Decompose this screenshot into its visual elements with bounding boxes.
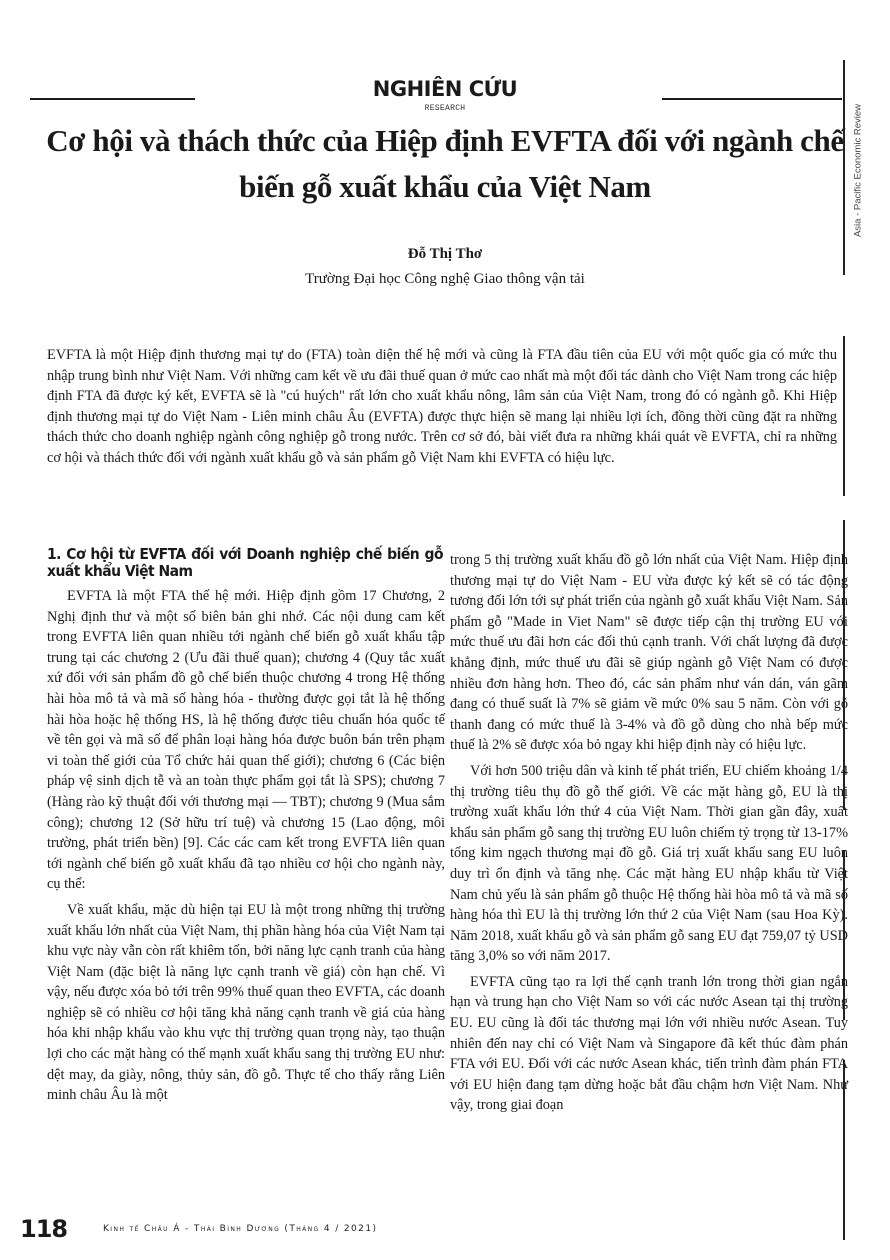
abstract: EVFTA là một Hiệp định thương mại tự do … [47, 345, 837, 469]
right-column: trong 5 thị trường xuất khẩu đồ gỗ lớn n… [450, 550, 848, 1121]
article-title: Cơ hội và thách thức của Hiệp định EVFTA… [40, 118, 850, 210]
section-label: NGHIÊN CỨU [0, 77, 890, 101]
section-heading: 1. Cơ hội từ EVFTA đối với Doanh nghiệp … [47, 546, 443, 580]
journal-footer: Kinh tế Châu Á - Thái Bình Dương (Tháng … [103, 1224, 377, 1234]
side-journal-name: Asia - Pacific Economic Review [848, 95, 868, 255]
paragraph: EVFTA là một FTA thế hệ mới. Hiệp định g… [47, 586, 445, 895]
section-header: NGHIÊN CỨU RESEARCH [0, 74, 890, 114]
author-name: Đỗ Thị Thơ [0, 246, 890, 263]
page-number: 118 [20, 1215, 67, 1243]
paragraph: EVFTA cũng tạo ra lợi thế cạnh tranh lớn… [450, 972, 848, 1116]
paragraph: trong 5 thị trường xuất khẩu đồ gỗ lớn n… [450, 550, 848, 756]
page-footer: 118 Kinh tế Châu Á - Thái Bình Dương (Th… [0, 1215, 890, 1245]
journal-page: NGHIÊN CỨU RESEARCH Cơ hội và thách thức… [0, 0, 890, 1260]
section-sublabel: RESEARCH [0, 104, 890, 113]
author-affiliation: Trường Đại học Công nghệ Giao thông vận … [0, 271, 890, 288]
paragraph: Với hơn 500 triệu dân và kinh tế phát tr… [450, 761, 848, 967]
left-column: 1. Cơ hội từ EVFTA đối với Doanh nghiệp … [47, 546, 445, 1111]
paragraph: Về xuất khẩu, mặc dù hiện tại EU là một … [47, 900, 445, 1106]
